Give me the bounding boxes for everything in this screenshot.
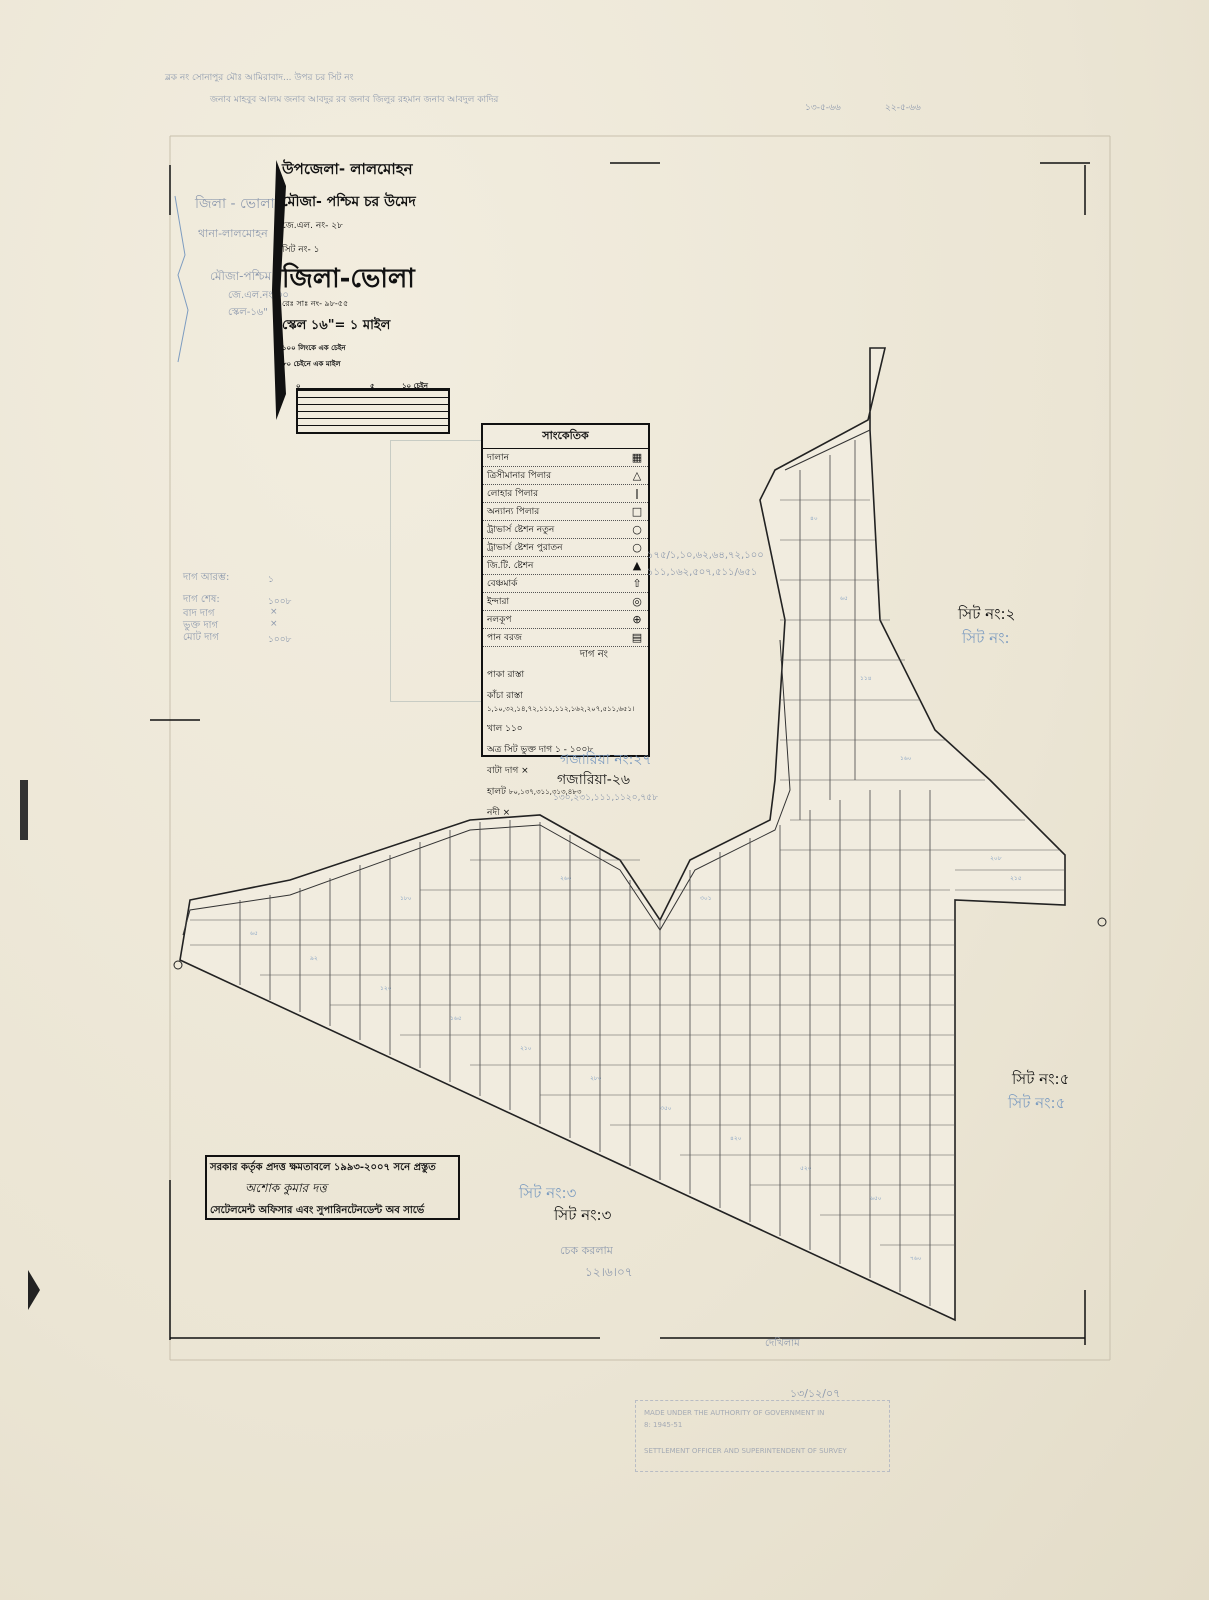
svg-text:২৬০: ২৬০	[560, 875, 572, 882]
dag-row: খাল ১১০	[483, 718, 648, 739]
svg-text:২০৮: ২০৮	[990, 855, 1002, 862]
legend-item: জি.টি. ষ্টেশন▲	[483, 557, 648, 575]
svg-text:১২০: ১২০	[380, 985, 392, 992]
count-total-label: মোট দাগ	[183, 630, 219, 647]
well-ring-icon: ◎	[630, 595, 644, 608]
bottom-right-note: দেখিলাম	[765, 1336, 800, 1353]
top-note-line-2: জনাব মাহবুব আলম জনাব আবদুর রব জনাব জিলুর…	[210, 92, 498, 107]
adjacent-sheet-2: সিট নং:২	[958, 603, 1015, 628]
left-note-mouza: মৌজা-পশ্চিম	[210, 268, 271, 288]
adjacent-sheet-2-blue: সিট নং:	[962, 627, 1010, 652]
svg-text:২৮০: ২৮০	[590, 1075, 602, 1082]
mouza-label: মৌজা- পশ্চিম চর উমেদ	[282, 190, 416, 214]
svg-text:৭৬০: ৭৬০	[910, 1255, 922, 1262]
count-included-value: ×	[270, 619, 278, 629]
svg-text:৪০: ৪০	[810, 515, 818, 522]
scale-label: স্কেল ১৬"= ১ মাইল	[282, 316, 390, 337]
svg-text:৪২০: ৪২০	[730, 1135, 742, 1142]
svg-text:৯২: ৯২	[310, 955, 318, 962]
svg-text:৫২০: ৫২০	[800, 1165, 812, 1172]
triangle-icon: △	[630, 469, 644, 482]
old-stamp-line-1: MADE UNDER THE AUTHORITY OF GOVERNMENT I…	[644, 1409, 881, 1417]
bottom-check-note: চেক করলাম	[560, 1242, 613, 1261]
cadastral-map-sheet: ৬৫৯২১২০ ১৬৫২১০২৮০ ৩৫০৪২০৫২০ ৬৫০৭৬০৪০ ৬৫১…	[0, 0, 1209, 1600]
square-icon: □	[630, 505, 644, 518]
svg-text:২১৫: ২১৫	[1010, 875, 1022, 882]
scale-note-chain: ১০০ লিংকে এক চেইন	[282, 342, 346, 354]
svg-text:৬৫০: ৬৫০	[870, 1195, 882, 1202]
rev-survey-number: রেঃ সাঃ নং- ৯৮-৫৫	[282, 298, 348, 311]
legend-item: ত্রিসীমানার পিলার△	[483, 467, 648, 485]
jl-number: জে.এল. নং- ২৮	[282, 218, 343, 233]
district-label: জিলা-ভোলা	[282, 258, 415, 302]
dag-row: পাকা রাস্তা	[483, 664, 648, 685]
legend-item: অন্যান্য পিলার□	[483, 503, 648, 521]
legend-item: লোহার পিলারǀ	[483, 485, 648, 503]
svg-text:৬৫: ৬৫	[840, 595, 848, 602]
svg-text:১৬০: ১৬০	[900, 755, 912, 762]
edge-damage	[20, 780, 28, 840]
dag-row: নদী ×	[483, 802, 648, 823]
stamp-signature: অশোক কুমার দত্ত	[210, 1180, 455, 1200]
old-stamp-line-3: SETTLEMENT OFFICER AND SUPERINTENDENT OF…	[644, 1447, 881, 1455]
count-start-label: দাগ আরম্ভ:	[183, 570, 229, 587]
scale-note-mile: ৮০ চেইনে এক মাইল	[282, 358, 341, 370]
circle-icon: ○	[630, 541, 644, 554]
adjacent-sheet-5: সিট নং:৫	[1012, 1068, 1069, 1093]
svg-text:১৮০: ১৮০	[400, 895, 412, 902]
upazila-label: উপজেলা- লালমোহন	[282, 158, 413, 183]
scale-bar	[296, 388, 450, 434]
settlement-stamp: সরকার কর্তৃক প্রদত্ত ক্ষমতাবলে ১৯৯৩-২০০৭…	[205, 1155, 460, 1220]
old-stamp-line-2: 8: 1945-51	[644, 1421, 881, 1429]
old-settlement-stamp: MADE UNDER THE AUTHORITY OF GOVERNMENT I…	[635, 1400, 890, 1472]
svg-text:৩০১: ৩০১	[700, 895, 712, 902]
svg-text:১১৪: ১১৪	[860, 675, 872, 682]
legend-item: ট্রাভার্স ষ্টেশন নতুন○	[483, 521, 648, 539]
neighbor-mouza: গজারিয়া-২৬	[557, 768, 630, 792]
svg-text:৩৫০: ৩৫০	[660, 1105, 672, 1112]
old-legend-ghost	[390, 440, 492, 702]
svg-text:২১০: ২১০	[520, 1045, 532, 1052]
circle-icon: ○	[630, 523, 644, 536]
adjacent-sheet-5-blue: সিট নং:৫	[1008, 1092, 1065, 1117]
top-note-line-1: ব্লক নং সোনাপুর মৌঃ আমিরাবাদ... উপর চর স…	[165, 70, 354, 85]
gazaria-note: ১৩০,২৩১,১১১,১১২০,৭৫৮	[553, 790, 658, 805]
legend-item: ইন্দারা◎	[483, 593, 648, 611]
betel-hatch-icon: ▤	[630, 631, 644, 644]
left-note-scale: স্কেল-১৬"	[228, 305, 268, 322]
map-legend: সাংকেতিক দালান▦ ত্রিসীমানার পিলার△ লোহার…	[481, 423, 650, 757]
legend-item: নলকূপ⊕	[483, 611, 648, 629]
dag-note: ১৭৫/১,১০,৬২,৬৪,৭২,১০০ ১১১,১৬২,৫০৭,৫১১/৬৫…	[647, 548, 777, 582]
stamp-line-3: সেটেলমেন্ট অফিসার এবং সুপারিনটেনডেন্ট অব…	[210, 1203, 455, 1220]
sheet-number: সিট নং- ১	[282, 242, 319, 257]
left-note-thana: থানা-লালমোহন	[198, 225, 268, 244]
adjacent-sheet-3: সিট নং:৩	[554, 1204, 611, 1229]
tubewell-icon: ⊕	[630, 613, 644, 626]
svg-text:১৬৫: ১৬৫	[450, 1015, 462, 1022]
top-date-2: ২২-৫-৬৬	[885, 100, 921, 115]
legend-item: ট্রাভার্স ষ্টেশন পুরাতন○	[483, 539, 648, 557]
legend-item: পান বরজ▤	[483, 629, 648, 647]
count-total-value: ১০০৮	[268, 632, 291, 647]
filled-triangle-icon: ▲	[630, 559, 644, 572]
building-hatch-icon: ▦	[630, 451, 644, 464]
left-note-district: জিলা - ভোলা	[195, 192, 275, 216]
legend-item: বেঞ্চমার্ক⇧	[483, 575, 648, 593]
dag-row: কাঁচা রাস্তা ১,১০,৩২,১৪,৭২,১১১,১১২,১৬২,২…	[483, 685, 648, 718]
svg-text:৬৫: ৬৫	[250, 930, 258, 937]
top-date-1: ১৩-৫-৬৬	[805, 100, 841, 115]
stamp-line-1: সরকার কর্তৃক প্রদত্ত ক্ষমতাবলে ১৯৯৩-২০০৭…	[210, 1160, 455, 1177]
bottom-check-date: ১২।৬।০৭	[585, 1264, 633, 1284]
dag-header: দাগ নং	[483, 647, 648, 664]
count-excluded-value: ×	[270, 607, 278, 617]
iron-pillar-icon: ǀ	[630, 487, 644, 500]
legend-item: দালান▦	[483, 449, 648, 467]
benchmark-arrow-icon: ⇧	[630, 577, 644, 590]
count-start-value: ১	[268, 572, 274, 587]
legend-title: সাংকেতিক	[483, 425, 648, 449]
